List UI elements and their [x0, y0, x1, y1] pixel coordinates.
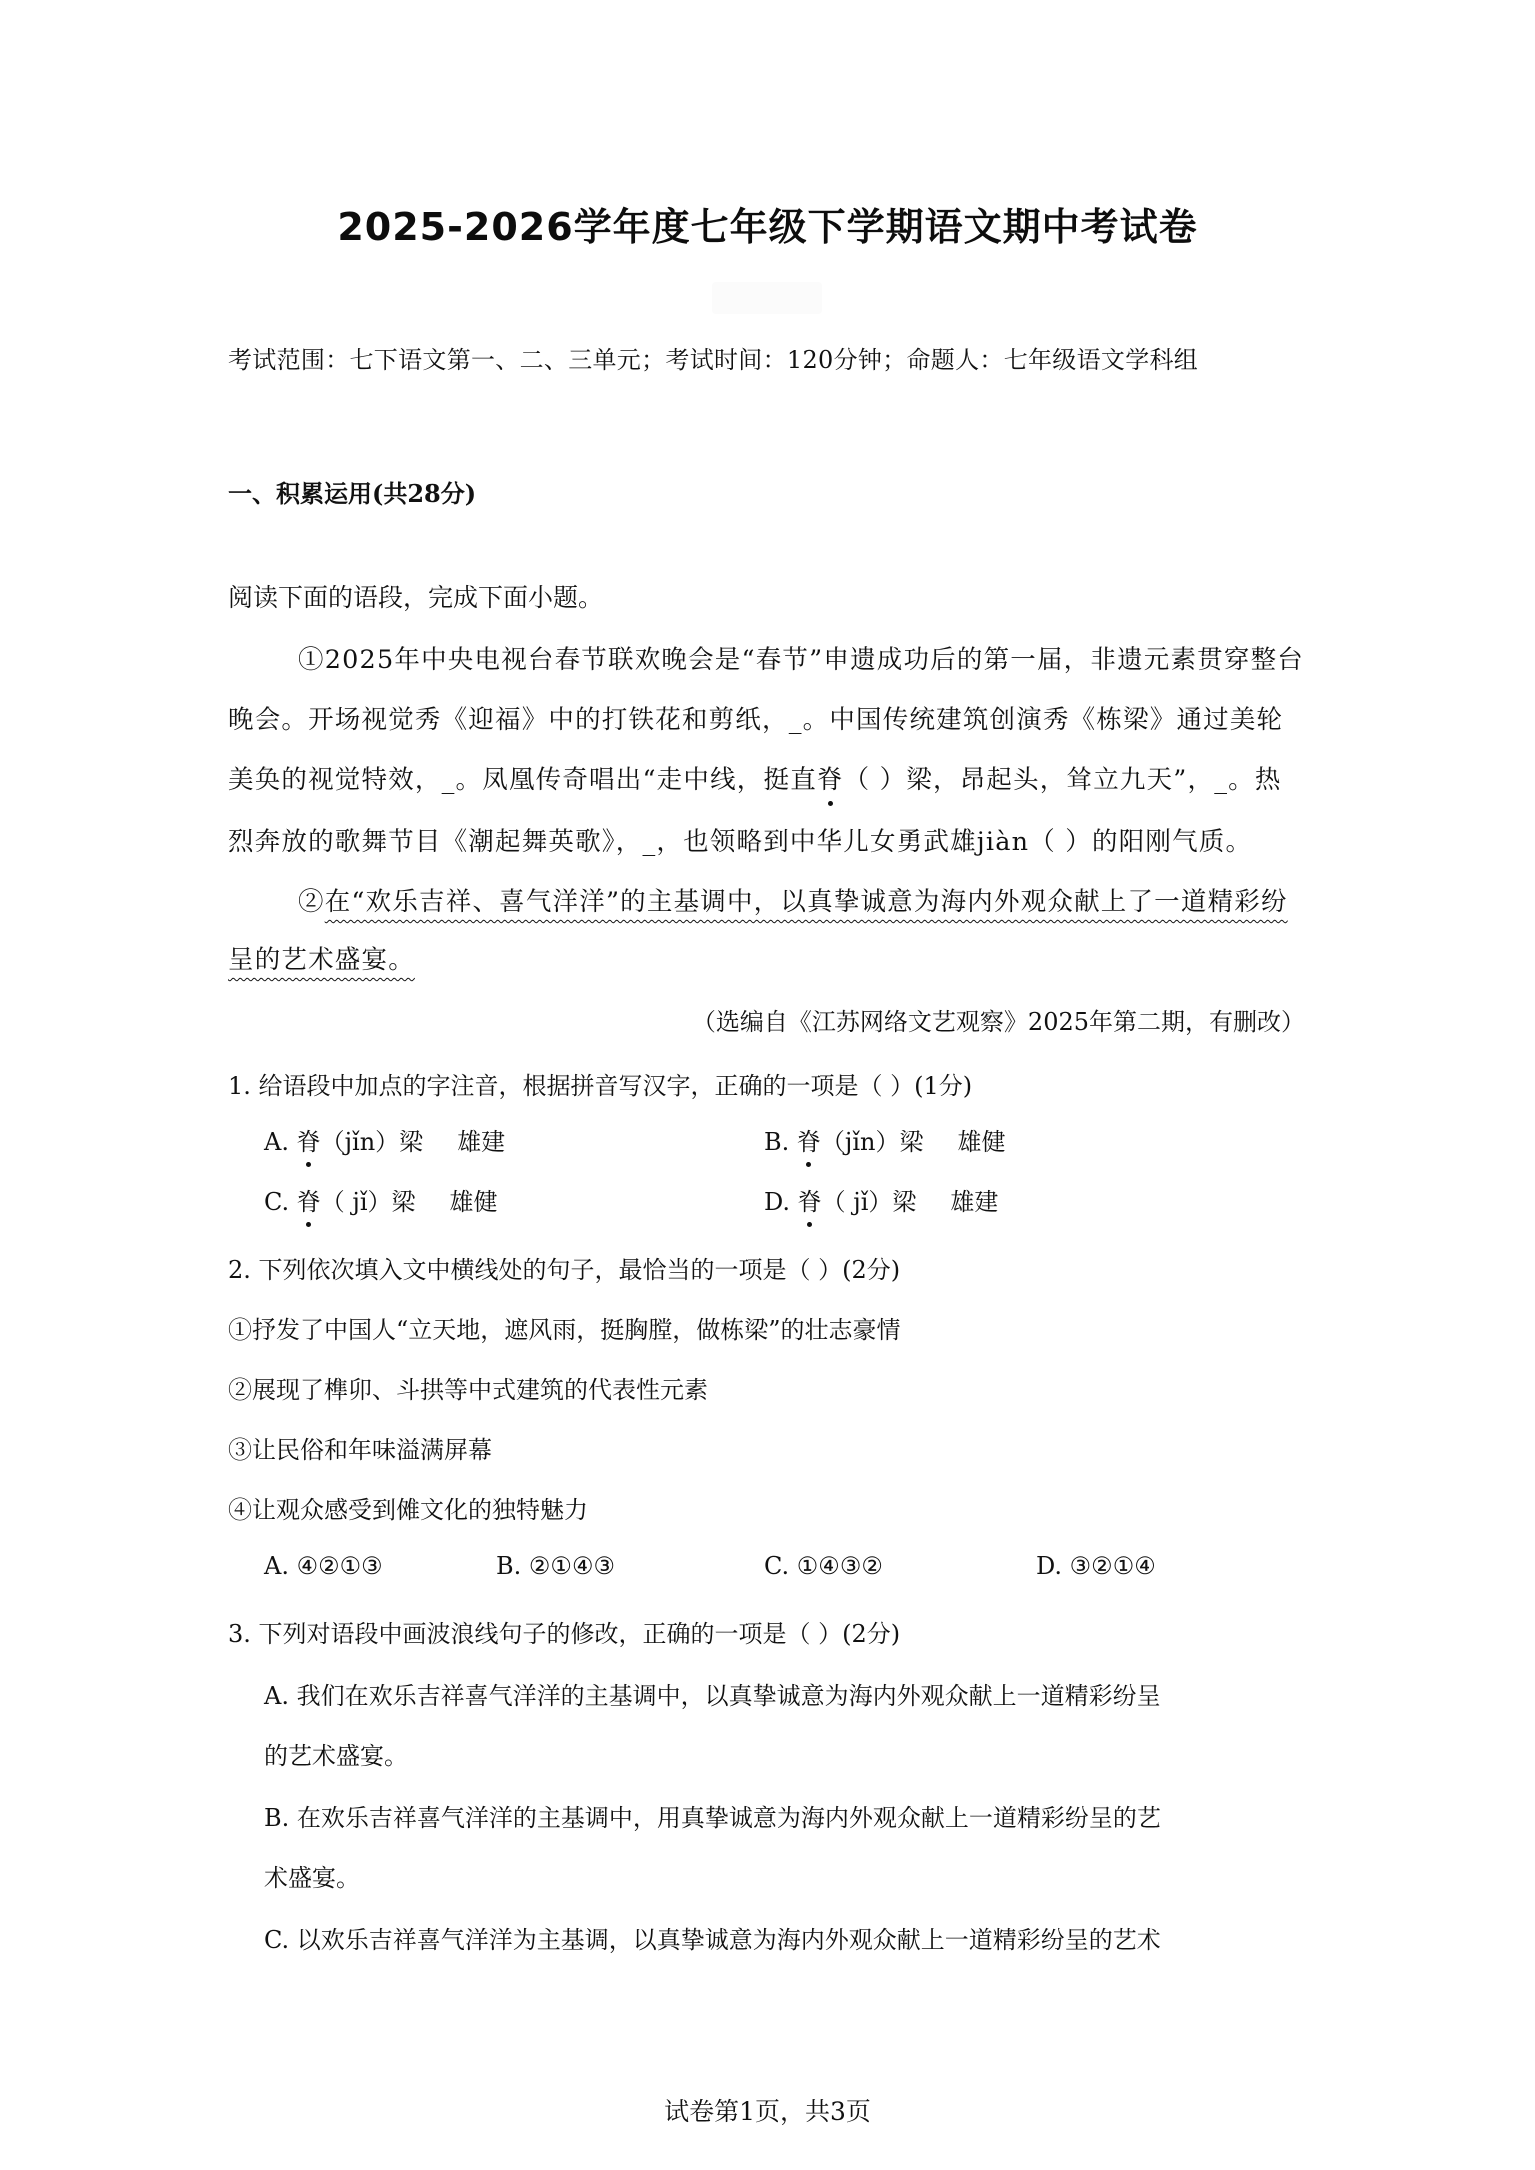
- passage-line: ①2025年中央电视台春节联欢晚会是“春节”申遗成功后的第一届，非遗元素贯穿整台: [298, 640, 1304, 676]
- q2-option-a[interactable]: A. ④②①③: [264, 1552, 383, 1580]
- q2-option-b[interactable]: B. ②①④③: [496, 1552, 615, 1580]
- passage-para2: ②在“欢乐吉祥、喜气洋洋”的主基调中，以真挚诚意为海内外观众献上了一道精彩纷: [298, 882, 1288, 918]
- q3-option-c[interactable]: C. 以欢乐吉祥喜气洋洋为主基调，以真挚诚意为海内外观众献上一道精彩纷呈的艺术: [264, 1920, 1161, 1955]
- page-footer: 试卷第1页，共3页: [0, 2092, 1535, 2128]
- q3-option-b[interactable]: B. 在欢乐吉祥喜气洋洋的主基调中，用真挚诚意为海内外观众献上一道精彩纷呈的艺: [264, 1798, 1161, 1833]
- q2-option-d[interactable]: D. ③②①④: [1036, 1552, 1156, 1580]
- wavy-underlined-sentence: 在“欢乐吉祥、喜气洋洋”的主基调中，以真挚诚意为海内外观众献上了一道精彩纷: [325, 887, 1288, 917]
- page-title: 2025-2026学年度七年级下学期语文期中考试卷: [0, 196, 1535, 251]
- q2-sentence: ③让民俗和年味溢满屏幕: [228, 1430, 492, 1465]
- dotted-char: 脊: [817, 760, 844, 796]
- q3-option-b-cont: 术盛宴。: [264, 1858, 360, 1893]
- wavy-underlined-sentence: 呈的艺术盛宴。: [228, 945, 415, 975]
- q2-option-c[interactable]: C. ①④③②: [764, 1552, 883, 1580]
- q1-option-a[interactable]: A. 脊（jǐn）梁雄建: [264, 1122, 505, 1157]
- q1-option-d[interactable]: D. 脊（ jǐ）梁雄建: [764, 1182, 998, 1217]
- q2-sentence: ①抒发了中国人“立天地，遮风雨，挺胸膛，做栋梁”的壮志豪情: [228, 1310, 901, 1345]
- question-1: 1. 给语段中加点的字注音，根据拼音写汉字，正确的一项是（ ）(1分): [228, 1066, 972, 1101]
- passage-para2-cont: 呈的艺术盛宴。: [228, 940, 415, 976]
- passage-line: 美奂的视觉特效，_。凤凰传奇唱出“走中线，挺直脊（ ）梁，昂起头，耸立九天”，_…: [228, 760, 1282, 796]
- q2-sentence: ④让观众感受到傩文化的独特魅力: [228, 1490, 588, 1525]
- reading-instruction: 阅读下面的语段，完成下面小题。: [228, 578, 603, 614]
- q3-option-a[interactable]: A. 我们在欢乐吉祥喜气洋洋的主基调中，以真挚诚意为海内外观众献上一道精彩纷呈: [264, 1676, 1161, 1711]
- exam-page: 2025-2026学年度七年级下学期语文期中考试卷 考试范围：七下语文第一、二、…: [0, 0, 1535, 2170]
- section-heading: 一、积累运用(共28分): [228, 474, 476, 509]
- exam-info: 考试范围：七下语文第一、二、三单元；考试时间：120分钟；命题人：七年级语文学科…: [228, 340, 1198, 375]
- question-3: 3. 下列对语段中画波浪线句子的修改，正确的一项是（ ）(2分): [228, 1614, 900, 1649]
- faint-watermark: [712, 282, 822, 314]
- q1-option-c[interactable]: C. 脊（ jǐ）梁雄健: [264, 1182, 498, 1217]
- q1-option-b[interactable]: B. 脊（jǐn）梁雄健: [764, 1122, 1005, 1157]
- passage-line: 晚会。开场视觉秀《迎福》中的打铁花和剪纸，_。中国传统建筑创演秀《栋梁》通过美轮: [228, 700, 1283, 736]
- passage-line: 烈奔放的歌舞节目《潮起舞英歌》，_，也领略到中华儿女勇武雄jiàn（ ）的阳刚气…: [228, 822, 1252, 858]
- q3-option-a-cont: 的艺术盛宴。: [264, 1736, 408, 1771]
- question-2: 2. 下列依次填入文中横线处的句子，最恰当的一项是（ ）(2分): [228, 1250, 900, 1285]
- q2-sentence: ②展现了榫卯、斗拱等中式建筑的代表性元素: [228, 1370, 708, 1405]
- passage-source: （选编自《江苏网络文艺观察》2025年第二期，有删改）: [692, 1002, 1305, 1037]
